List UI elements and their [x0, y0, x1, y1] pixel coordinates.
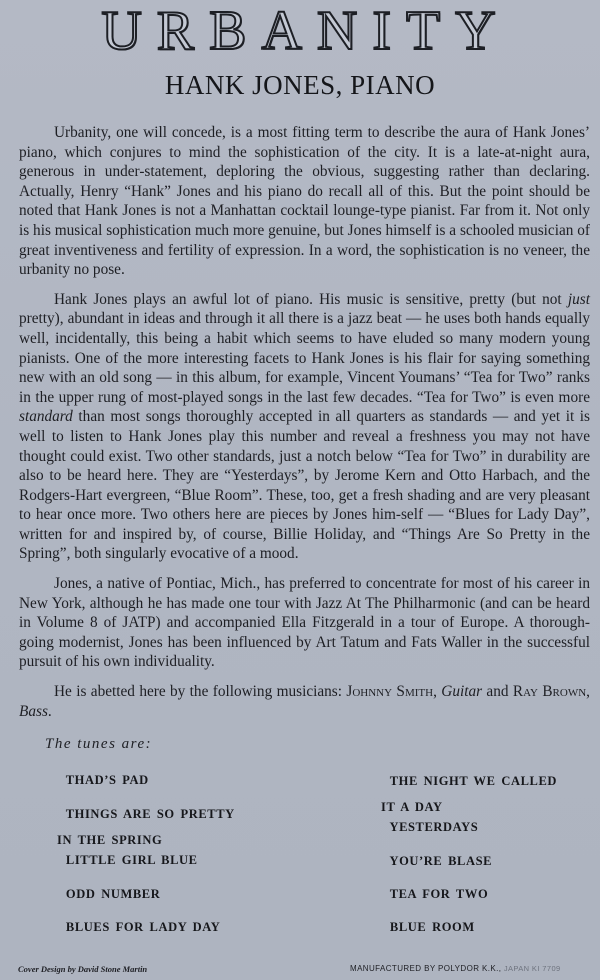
track-line: YESTERDAYS: [389, 820, 478, 834]
paragraph-1: Urbanity, one will concede, is a most fi…: [19, 123, 590, 280]
track-line: BLUE ROOM: [390, 920, 475, 934]
text-run: than most songs thoroughly accepted in a…: [19, 408, 590, 562]
track-line: THE NIGHT WE CALLED: [390, 774, 557, 788]
track-title: BLUE ROOM: [367, 908, 475, 947]
text-run: pretty), abundant in ideas and through i…: [19, 310, 590, 405]
track-line: BLUES FOR LADY DAY: [66, 920, 220, 934]
liner-notes-body: Urbanity, one will concede, is a most fi…: [19, 123, 590, 731]
track-line: YOU’RE BLASE: [389, 854, 492, 868]
musician-name: Ray Brown: [513, 683, 586, 700]
manufacturer-name: MANUFACTURED BY POLYDOR K.K.,: [350, 964, 501, 973]
italic-run: just: [568, 291, 590, 308]
cover-design-credit: Cover Design by David Stone Martin: [18, 964, 147, 974]
track-line: THAD’S PAD: [66, 773, 149, 787]
track-line: TEA FOR TWO: [390, 887, 489, 901]
musician-name: Johnny Smith: [346, 683, 433, 700]
instrument: Bass: [19, 703, 48, 720]
track-line: LITTLE GIRL BLUE: [66, 853, 198, 867]
paragraph-3: Jones, a native of Pontiac, Mich., has p…: [19, 574, 590, 672]
text-run: .: [48, 703, 52, 720]
paragraph-4: He is abetted here by the following musi…: [19, 682, 590, 721]
tunes-heading: The tunes are:: [45, 736, 152, 753]
manufacturer-credit: MANUFACTURED BY POLYDOR K.K., JAPAN KI 7…: [350, 964, 561, 973]
track-line: ODD NUMBER: [66, 887, 160, 901]
text-run: He is abetted here by the following musi…: [54, 683, 346, 700]
instrument: Guitar: [441, 683, 482, 700]
italic-run: standard: [19, 408, 73, 425]
liner-notes-page: URBANITY HANK JONES, PIANO Urbanity, one…: [0, 0, 600, 980]
text-run: ,: [586, 683, 590, 700]
text-run: Hank Jones plays an awful lot of piano. …: [54, 291, 568, 308]
catalog-number: JAPAN KI 7709: [501, 964, 560, 973]
track-line: THINGS ARE SO PRETTY: [66, 807, 235, 821]
paragraph-2: Hank Jones plays an awful lot of piano. …: [19, 290, 590, 564]
track-title: BLUES FOR LADY DAY: [43, 908, 220, 947]
text-run: and: [482, 683, 513, 700]
artist-subtitle: HANK JONES, PIANO: [0, 70, 600, 100]
album-title: URBANITY: [0, 2, 600, 60]
